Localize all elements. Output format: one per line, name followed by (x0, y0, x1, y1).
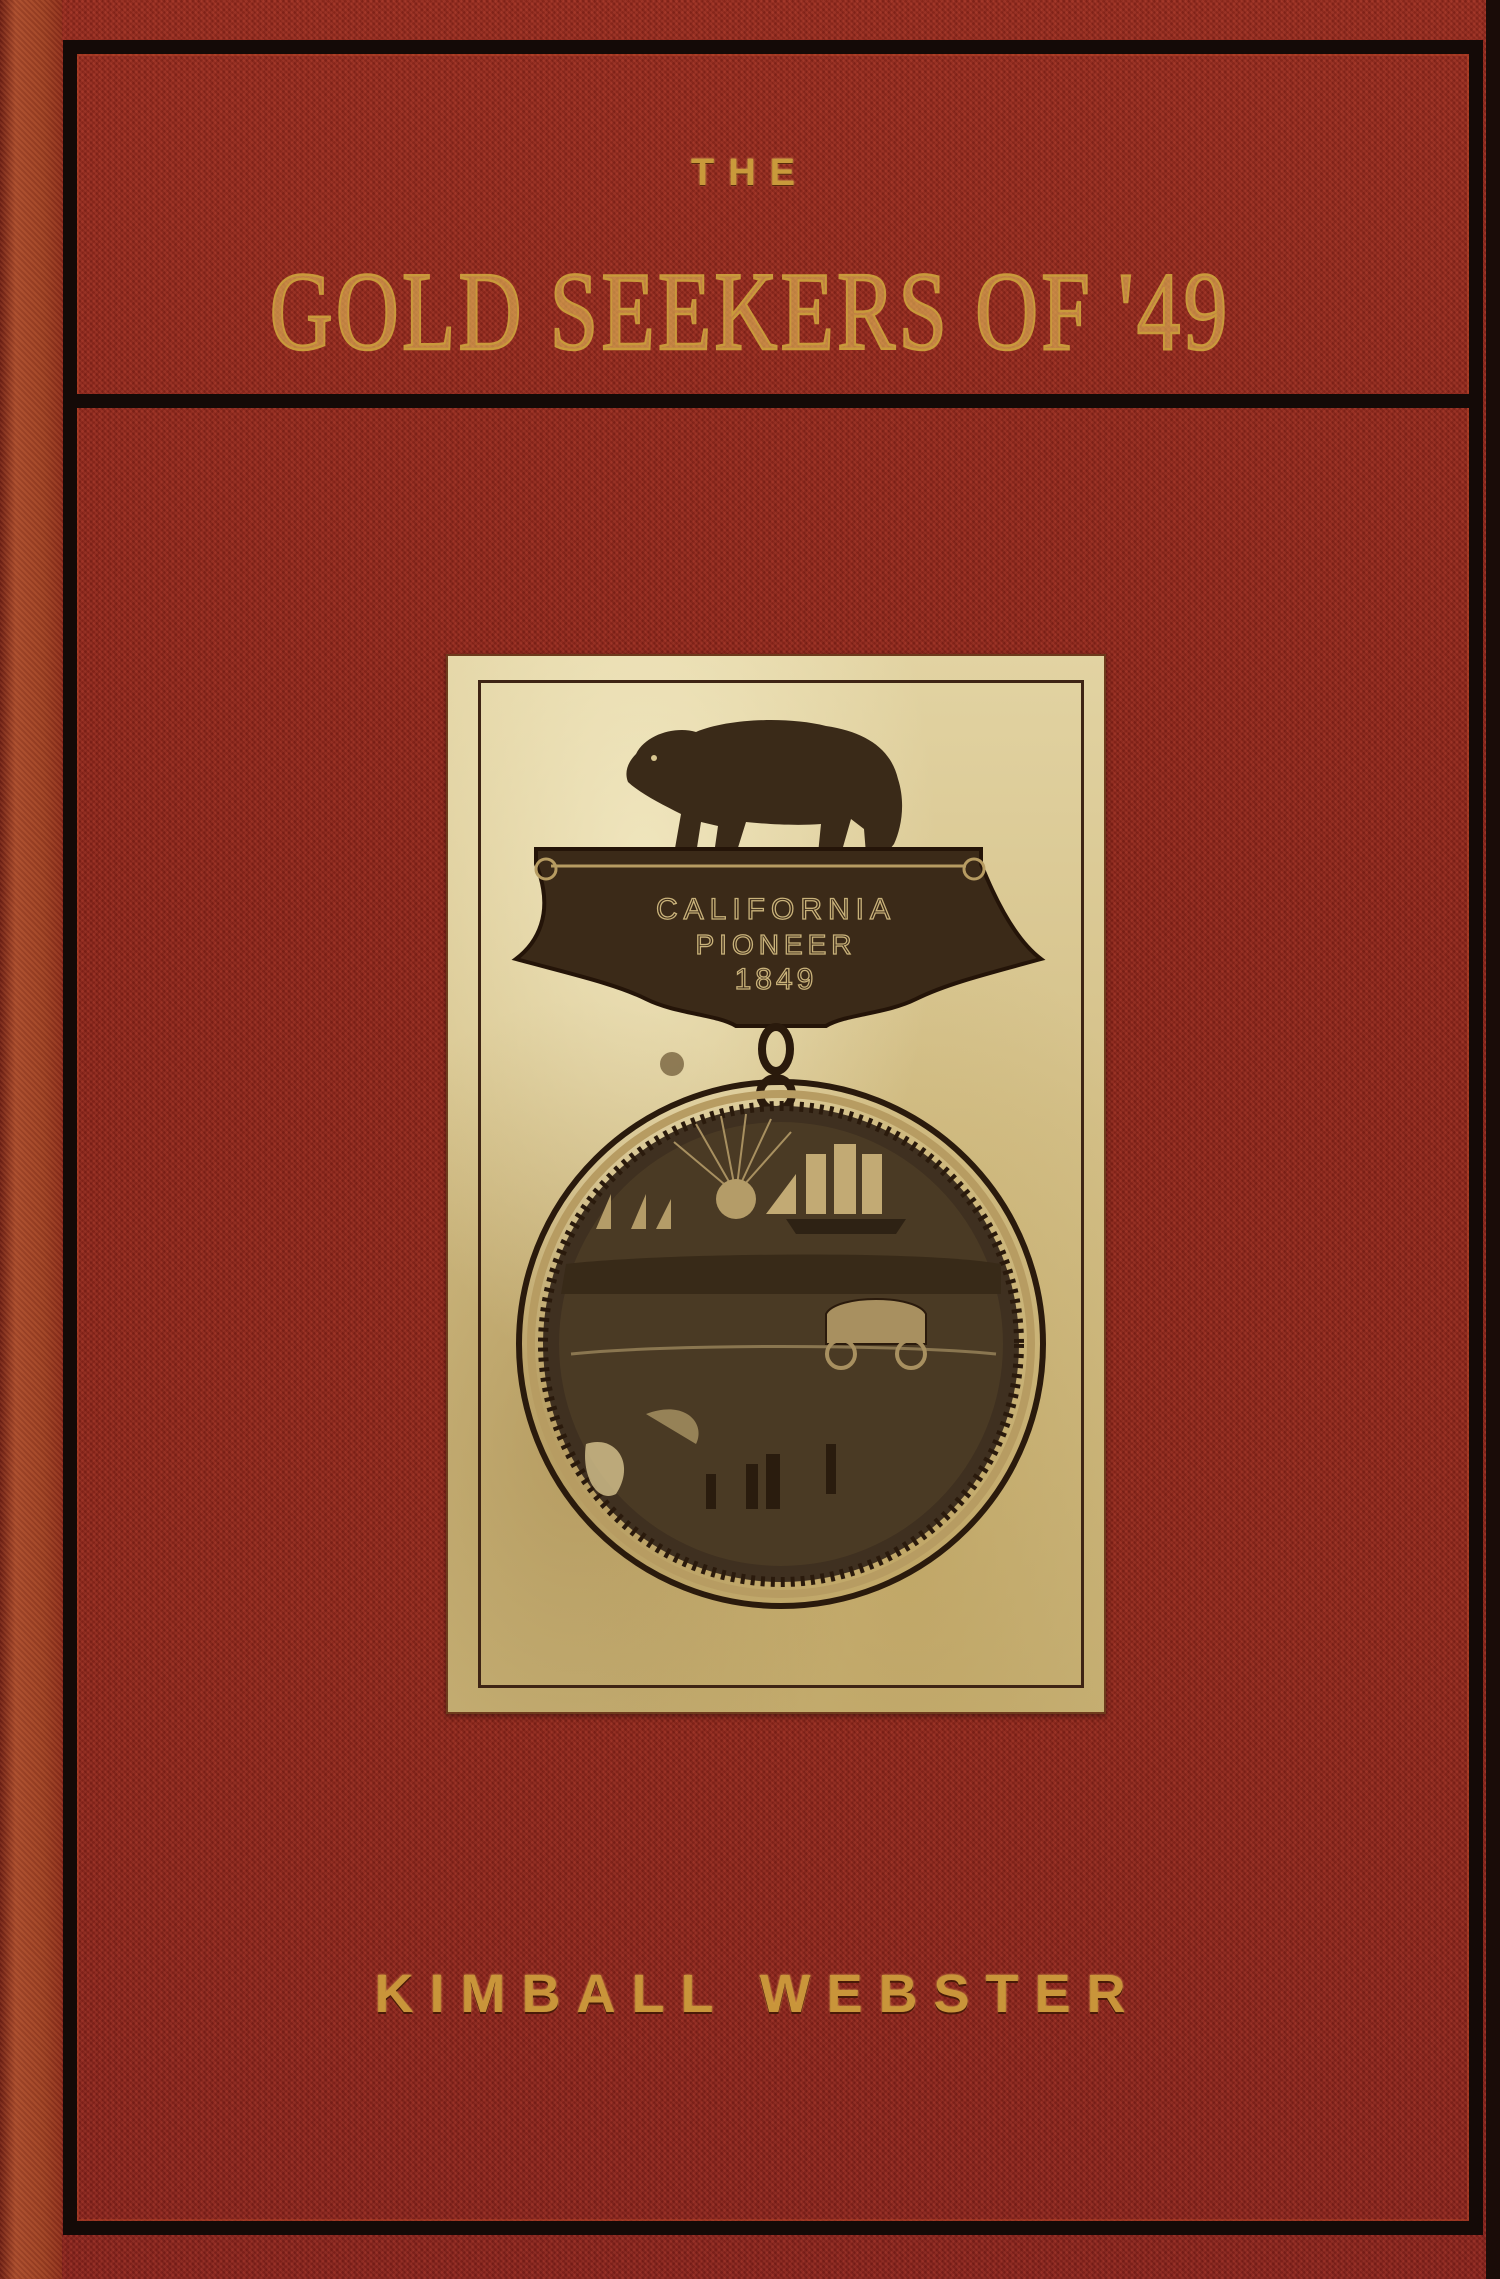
title-prefix: THE (0, 152, 1500, 195)
book-title: GOLD SEEKERS OF '49 (165, 248, 1335, 377)
svg-text:PIONEER: PIONEER (695, 929, 856, 960)
svg-text:CALIFORNIA: CALIFORNIA (656, 893, 896, 926)
svg-text:1849: 1849 (735, 963, 818, 996)
pioneer-banner: CALIFORNIA PIONEER 1849 (516, 849, 1041, 1026)
spine-edge (0, 0, 62, 2279)
medallion (519, 1082, 1043, 1606)
right-edge (1486, 0, 1500, 2279)
medal-engraving: CALIFORNIA PIONEER 1849 (446, 654, 1106, 1714)
bear-icon (626, 720, 902, 854)
title-divider-rule (63, 394, 1483, 408)
author-name: KIMBALL WEBSTER (0, 1963, 1500, 2025)
medal-illustration-plate: CALIFORNIA PIONEER 1849 (446, 654, 1106, 1714)
sun-icon (716, 1179, 756, 1219)
